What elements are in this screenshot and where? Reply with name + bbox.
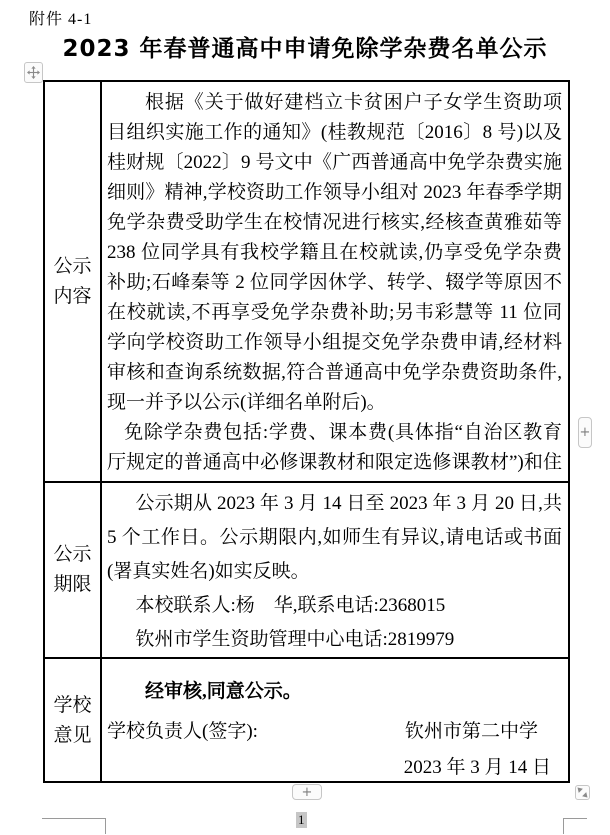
contact-line: 钦州市学生资助管理中心电话:2819979 <box>107 623 562 657</box>
cell-content-body[interactable]: 根据《关于做好建档立卡贫困户子女学生资助项目组织实施工作的通知》(桂教规范〔20… <box>102 82 568 481</box>
approval-statement: 经审核,同意公示。 <box>107 677 562 707</box>
paragraph: 公示期从 2023 年 3 月 14 日至 2023 年 3 月 20 日,共 … <box>107 487 562 589</box>
row-header-content: 公示 内容 <box>45 82 102 481</box>
row-header-period: 公示 期限 <box>45 483 102 657</box>
signature-line: 学校负责人(签字): 钦州市第二中学 <box>107 717 562 747</box>
row-header-line: 公示 <box>53 252 91 282</box>
add-row-button[interactable]: + <box>292 784 322 800</box>
cell-opinion-body[interactable]: 经审核,同意公示。 学校负责人(签字): 钦州市第二中学 2023 年 3 月 … <box>102 659 568 783</box>
page-number: 1 <box>296 812 307 828</box>
move-cross-icon <box>27 66 40 79</box>
row-header-opinion: 学校 意见 <box>45 659 102 783</box>
cell-period-body[interactable]: 公示期从 2023 年 3 月 14 日至 2023 年 3 月 20 日,共 … <box>102 483 568 657</box>
date-line: 2023 年 3 月 14 日 <box>107 753 562 783</box>
margin-crop-mark-left <box>42 818 106 834</box>
signature-label: 学校负责人(签字): <box>107 717 258 747</box>
margin-crop-mark-right <box>563 818 587 834</box>
row-header-line: 意见 <box>53 721 91 751</box>
row-header-line: 学校 <box>53 691 91 721</box>
paragraph: 根据《关于做好建档立卡贫困户子女学生资助项目组织实施工作的通知》(桂教规范〔20… <box>107 88 562 418</box>
table-row-content: 公示 内容 根据《关于做好建档立卡贫困户子女学生资助项目组织实施工作的通知》(桂… <box>45 82 568 483</box>
attachment-label: 附件 4-1 <box>29 6 92 29</box>
table-row-opinion: 学校 意见 经审核,同意公示。 学校负责人(签字): 钦州市第二中学 2023 … <box>45 659 568 783</box>
table-row-period: 公示 期限 公示期从 2023 年 3 月 14 日至 2023 年 3 月 2… <box>45 483 568 659</box>
table-move-handle[interactable] <box>24 62 43 83</box>
add-column-button[interactable]: + <box>578 417 592 448</box>
row-header-line: 公示 <box>53 540 91 570</box>
diagonal-resize-icon <box>577 787 588 798</box>
notice-table: 公示 内容 根据《关于做好建档立卡贫困户子女学生资助项目组织实施工作的通知》(桂… <box>43 80 570 783</box>
contact-line: 本校联系人:杨 华,联系电话:2368015 <box>107 589 562 623</box>
paragraph: 免除学杂费包括:学费、课本费(具体指“自治区教育厅规定的普通高中必修课教材和限定… <box>107 418 562 481</box>
table-resize-handle[interactable] <box>575 785 590 800</box>
row-header-line: 内容 <box>53 282 91 312</box>
school-name: 钦州市第二中学 <box>405 717 538 747</box>
row-header-line: 期限 <box>53 570 91 600</box>
document-title: 2023 年春普通高中申请免除学杂费名单公示 <box>0 30 610 63</box>
